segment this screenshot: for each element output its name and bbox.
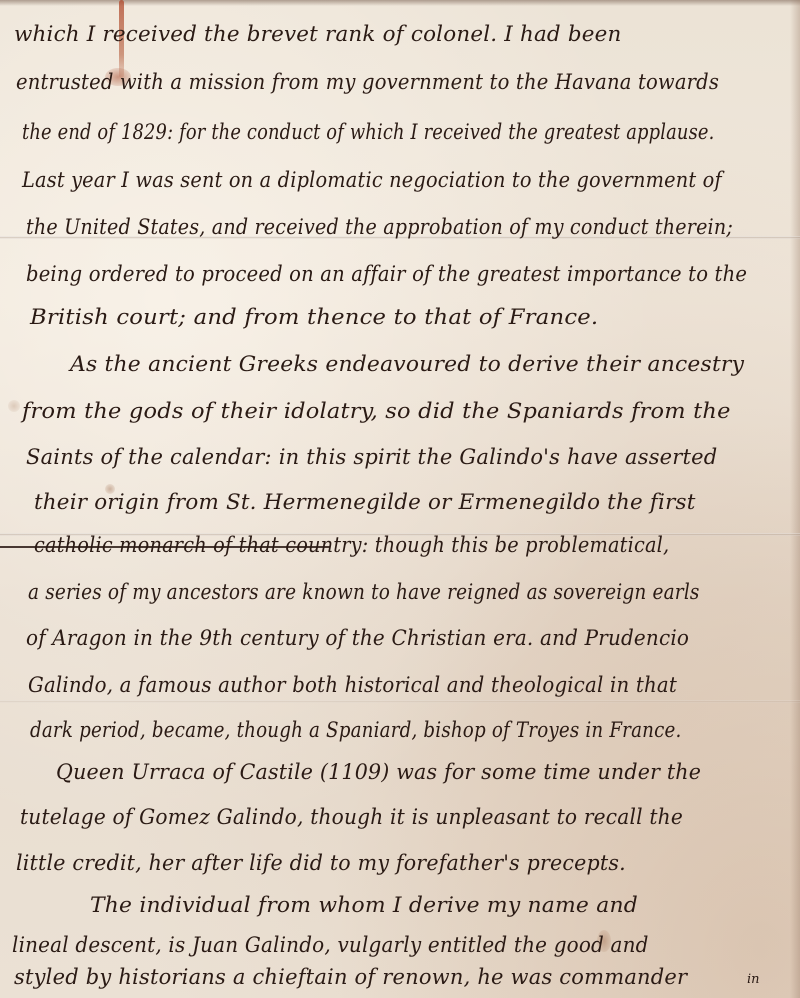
manuscript-page: which I received the brevet rank of colo…	[0, 0, 800, 998]
manuscript-line: from the gods of their idolatry, so did …	[22, 399, 731, 423]
manuscript-line: Saints of the calendar: in this spirit t…	[26, 445, 717, 469]
underline-rule	[0, 546, 330, 548]
manuscript-line: little credit, her after life did to my …	[16, 851, 626, 875]
manuscript-line: entrusted with a mission from my governm…	[16, 70, 719, 94]
manuscript-line: lineal descent, is Juan Galindo, vulgarl…	[12, 933, 649, 957]
manuscript-line: the United States, and received the appr…	[26, 215, 733, 239]
manuscript-line: of Aragon in the 9th century of the Chri…	[26, 626, 689, 650]
manuscript-text: which I received the brevet rank of colo…	[0, 0, 800, 998]
manuscript-line: British court; and from thence to that o…	[30, 305, 598, 329]
manuscript-paragraph-start: The individual from whom I derive my nam…	[90, 893, 638, 917]
manuscript-line: their origin from St. Hermenegilde or Er…	[34, 490, 696, 514]
manuscript-line: a series of my ancestors are known to ha…	[28, 580, 700, 604]
manuscript-line: which I received the brevet rank of colo…	[14, 22, 622, 46]
manuscript-paragraph-start: As the ancient Greeks endeavoured to der…	[70, 352, 744, 376]
manuscript-line: dark period, became, though a Spaniard, …	[30, 718, 681, 742]
manuscript-line: catholic monarch of that country: though…	[34, 533, 669, 557]
manuscript-line: tutelage of Gomez Galindo, though it is …	[20, 805, 683, 829]
manuscript-paragraph-start: Queen Urraca of Castile (1109) was for s…	[56, 760, 701, 784]
manuscript-line: Galindo, a famous author both historical…	[28, 673, 677, 697]
manuscript-line: the end of 1829: for the conduct of whic…	[22, 120, 715, 144]
manuscript-line: styled by historians a chieftain of reno…	[14, 965, 687, 989]
manuscript-line: Last year I was sent on a diplomatic neg…	[22, 168, 722, 192]
catchword: in	[747, 972, 760, 987]
manuscript-line: being ordered to proceed on an affair of…	[26, 262, 747, 286]
